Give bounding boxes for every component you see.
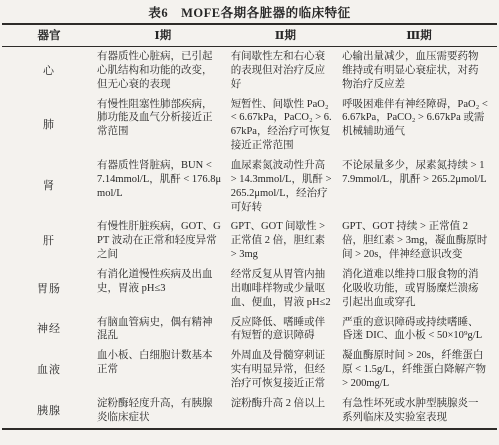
- stage3-cell: 消化道难以维持口服食物的消化吸收功能，或胃肠糜烂溃疡引起出血或穿孔: [341, 265, 497, 313]
- organ-cell: 神经: [2, 313, 96, 347]
- stage3-cell: 凝血酶原时间 > 20s，纤维蛋白原 < 1.5g/L，纤维蛋白降解产物 > 2…: [341, 346, 497, 394]
- stage1-cell: 有器质性肾脏病，BUN < 7.14mmol/L，肌酐 < 176.8μmol/…: [96, 156, 230, 217]
- header-row: 器官 Ⅰ期 Ⅱ期 Ⅲ期: [2, 24, 497, 47]
- table-row: 胰腺淀粉酶轻度升高，有胰腺炎临床症状淀粉酶升高 2 倍以上有急性坏死或水肿型胰腺…: [2, 394, 497, 429]
- header-organ: 器官: [2, 24, 96, 47]
- table-row: 肺有慢性阻塞性肺部疾病，肺功能及血气分析接近正常范围短暂性、间歇性 PaO₂ <…: [2, 95, 497, 156]
- table-row: 神经有脑血管病史，偶有精神混乱反应降低、嗜睡或伴有短暂的意识障碍严重的意识障碍或…: [2, 313, 497, 347]
- header-stage1: Ⅰ期: [96, 24, 230, 47]
- stage2-cell: GPT、GOT 间歇性 > 正常值 2 倍，胆红素 > 3mg: [230, 217, 341, 265]
- stage2-cell: 反应降低、嗜睡或伴有短暂的意识障碍: [230, 313, 341, 347]
- stage2-cell: 有间歇性左和右心衰的表现但对治疗反应好: [230, 47, 341, 95]
- clinical-features-table: 器官 Ⅰ期 Ⅱ期 Ⅲ期 心有器质性心脏病，已引起心肌结构和功能的改变，但无心衰的…: [2, 23, 497, 430]
- table-row: 肝有慢性肝脏疾病，GOT、GPT 波动在正常和轻度异常之间GPT、GOT 间歇性…: [2, 217, 497, 265]
- stage3-cell: 不论尿量多少，尿素氮持续 > 17.9mmol/L，肌酐 > 265.2μmol…: [341, 156, 497, 217]
- scanned-document-page: 表6 MOFE各期各脏器的临床特征 器官 Ⅰ期 Ⅱ期 Ⅲ期 心有器质性心脏病，已…: [0, 0, 499, 445]
- stage3-cell: 呼吸困难伴有神经障碍，PaO₂ < 6.67kPa，PaCO₂ > 6.67kP…: [341, 95, 497, 156]
- stage1-cell: 有慢性阻塞性肺部疾病，肺功能及血气分析接近正常范围: [96, 95, 230, 156]
- organ-cell: 心: [2, 47, 96, 95]
- stage2-cell: 血尿素氮波动性升高 > 14.3mmol/L，肌酐 > 265.2μmol/L，…: [230, 156, 341, 217]
- stage3-cell: GPT、GOT 持续 > 正常值 2 倍，胆红素 > 3mg，凝血酶原时间 > …: [341, 217, 497, 265]
- stage2-cell: 外周血及骨髓穿刺证实有明显异常，但经治疗可恢复接近正常: [230, 346, 341, 394]
- stage1-cell: 有脑血管病史，偶有精神混乱: [96, 313, 230, 347]
- organ-cell: 肺: [2, 95, 96, 156]
- table-row: 胃肠有消化道慢性疾病及出血史，胃液 pH≤3经常反复从胃管内抽出咖啡样物或少量呕…: [2, 265, 497, 313]
- header-stage2: Ⅱ期: [230, 24, 341, 47]
- stage2-cell: 经常反复从胃管内抽出咖啡样物或少量呕血、便血，胃液 pH≤2: [230, 265, 341, 313]
- stage1-cell: 有器质性心脏病，已引起心肌结构和功能的改变，但无心衰的表现: [96, 47, 230, 95]
- stage1-cell: 淀粉酶轻度升高，有胰腺炎临床症状: [96, 394, 230, 429]
- organ-cell: 肝: [2, 217, 96, 265]
- stage3-cell: 严重的意识障碍或持续嗜睡、昏迷 DIC、血小板 < 50×10⁹g/L: [341, 313, 497, 347]
- stage1-cell: 有慢性肝脏疾病，GOT、GPT 波动在正常和轻度异常之间: [96, 217, 230, 265]
- table-title: 表6 MOFE各期各脏器的临床特征: [2, 2, 497, 23]
- stage2-cell: 淀粉酶升高 2 倍以上: [230, 394, 341, 429]
- table-row: 心有器质性心脏病，已引起心肌结构和功能的改变，但无心衰的表现有间歇性左和右心衰的…: [2, 47, 497, 95]
- organ-cell: 胃肠: [2, 265, 96, 313]
- stage1-cell: 血小板、白细胞计数基本正常: [96, 346, 230, 394]
- organ-cell: 肾: [2, 156, 96, 217]
- stage3-cell: 有急性坏死或水肿型胰腺炎一系列临床及实验室表现: [341, 394, 497, 429]
- table-body: 心有器质性心脏病，已引起心肌结构和功能的改变，但无心衰的表现有间歇性左和右心衰的…: [2, 47, 497, 429]
- stage1-cell: 有消化道慢性疾病及出血史，胃液 pH≤3: [96, 265, 230, 313]
- stage2-cell: 短暂性、间歇性 PaO₂ < 6.67kPa，PaCO₂ > 6.67kPa，经…: [230, 95, 341, 156]
- table-row: 血液血小板、白细胞计数基本正常外周血及骨髓穿刺证实有明显异常，但经治疗可恢复接近…: [2, 346, 497, 394]
- table-row: 肾有器质性肾脏病，BUN < 7.14mmol/L，肌酐 < 176.8μmol…: [2, 156, 497, 217]
- organ-cell: 胰腺: [2, 394, 96, 429]
- stage3-cell: 心输出量减少，血压需要药物维持或有明显心衰症状，对药物治疗反应差: [341, 47, 497, 95]
- organ-cell: 血液: [2, 346, 96, 394]
- header-stage3: Ⅲ期: [341, 24, 497, 47]
